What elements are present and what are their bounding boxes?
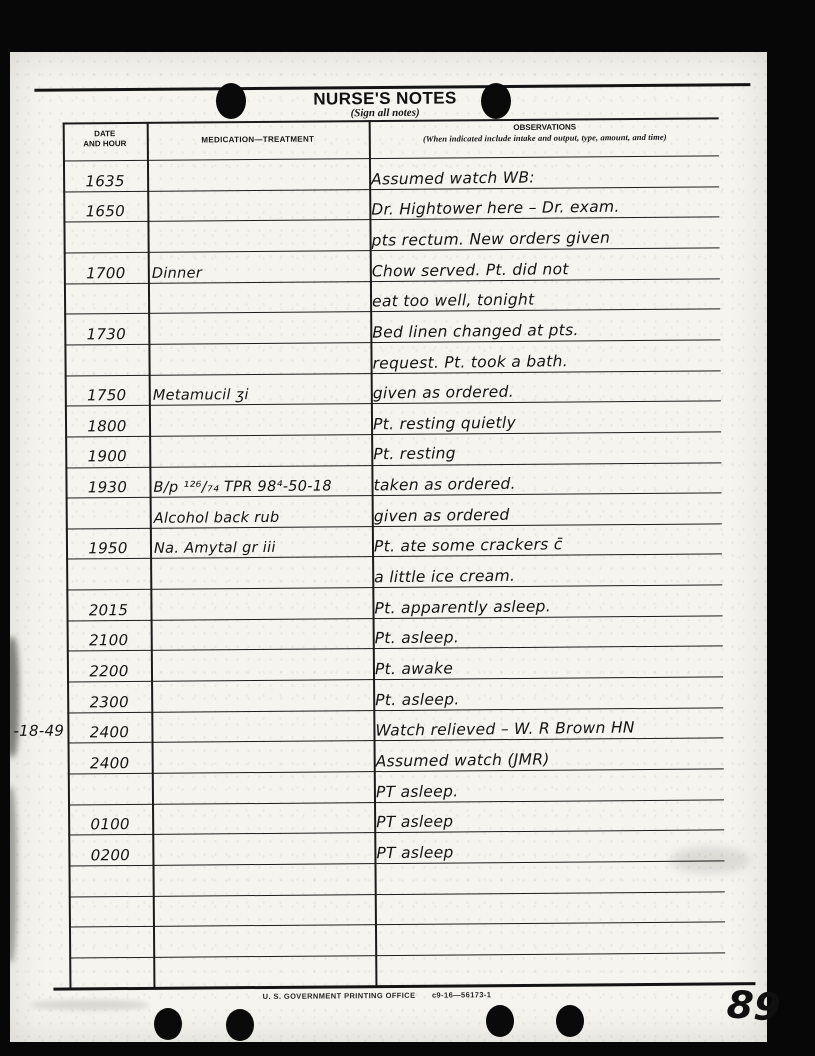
observation-cell: given as ordered (374, 506, 510, 526)
column-header-date-line1: DATE (63, 129, 147, 140)
hole-punch (556, 1005, 584, 1037)
observation-cell: Pt. resting quietly (373, 414, 516, 434)
time-cell: 1950 (66, 539, 150, 558)
printer-credit: U. S. GOVERNMENT PRINTING OFFICE (263, 991, 416, 1001)
margin-date-note: -18-49 (13, 722, 64, 740)
scan-content: NURSE'S NOTES (Sign all notes) DATE AND … (10, 52, 767, 1042)
column-header-date-hour: DATE AND HOUR (63, 129, 147, 150)
observation-cell: Watch relieved – W. R Brown HN (375, 719, 635, 740)
observation-cell: Bed linen changed at pts. (372, 321, 579, 342)
medication-cell: Dinner (152, 264, 370, 282)
time-cell: 1635 (63, 172, 147, 191)
hole-punch (216, 83, 246, 119)
column-header-date-line2: AND HOUR (63, 139, 147, 150)
handwritten-page-number: 89 (726, 982, 782, 1030)
medication-cell: B/p ¹²⁶/₇₄ TPR 98⁴-50-18 (153, 478, 371, 496)
time-cell: 2015 (66, 601, 150, 620)
time-cell: 1900 (65, 447, 149, 466)
observation-cell: Pt. asleep. (375, 629, 460, 648)
medication-cell: Alcohol back rub (154, 509, 372, 527)
time-cell: 1930 (65, 478, 149, 497)
column-header-observations-sublabel: (When indicated include intake and outpu… (369, 131, 721, 144)
form-footer: U. S. GOVERNMENT PRINTING OFFICE c9-16—5… (13, 988, 740, 1003)
observation-cell: Pt. ate some crackers c̄ (374, 536, 563, 556)
observation-cell: Pt. resting (373, 445, 456, 464)
observation-cell: a little ice cream. (374, 567, 515, 587)
hole-punch (486, 1005, 514, 1037)
time-cell: 1650 (63, 202, 147, 221)
time-cell: 1730 (64, 325, 148, 344)
medication-cell: Na. Amytal gr i̇i̇i̇ (154, 540, 372, 558)
column-header-observations: OBSERVATIONS (When indicated include int… (369, 121, 721, 144)
observation-cell: Dr. Hightower here – Dr. exam. (371, 198, 619, 219)
observation-cell: PT asleep (376, 843, 453, 862)
time-cell: 2400 (68, 754, 152, 773)
rows: 1635Assumed watch WB:1650Dr. Hightower h… (63, 155, 725, 988)
observation-cell: request. Pt. took a bath. (372, 352, 568, 372)
scanned-page: { "page": { "title": "NURSE'S NOTES", "s… (0, 0, 815, 1056)
observation-cell: eat too well, tonight (372, 291, 535, 311)
form-code: c9-16—56173-1 (432, 990, 491, 999)
time-cell: 0200 (68, 846, 152, 865)
time-cell: 1700 (64, 263, 148, 282)
observation-cell: pts rectum. New orders given (371, 229, 610, 250)
observation-cell: given as ordered. (373, 383, 514, 403)
column-header-medication: MEDICATION—TREATMENT (147, 134, 369, 145)
time-cell: 2100 (67, 631, 151, 650)
observation-cell: Assumed watch (JMR) (376, 750, 550, 770)
time-cell: 1800 (65, 417, 149, 436)
observation-cell: taken as ordered. (373, 475, 516, 495)
hole-punch (481, 83, 511, 119)
observation-cell: Assumed watch WB: (371, 168, 535, 188)
observation-cell: PT asleep. (376, 782, 459, 801)
hole-punch (154, 1008, 182, 1040)
nurse-notes-form: NURSE'S NOTES (Sign all notes) DATE AND … (10, 52, 767, 1042)
observation-cell: Pt. apparently asleep. (374, 597, 551, 617)
observation-cell: Chow served. Pt. did not (372, 260, 569, 280)
time-cell: 0100 (68, 815, 152, 834)
time-cell: 2300 (67, 693, 151, 712)
observation-cell: Pt. awake (375, 659, 453, 678)
time-cell: 2400 (67, 723, 151, 742)
time-cell: 1750 (65, 386, 149, 405)
observation-cell: Pt. asleep. (375, 690, 460, 709)
medication-cell: Metamucil ʒi (153, 386, 371, 404)
hole-punch (226, 1009, 254, 1041)
time-cell: 2200 (67, 662, 151, 681)
observation-cell: PT asleep (376, 813, 453, 832)
